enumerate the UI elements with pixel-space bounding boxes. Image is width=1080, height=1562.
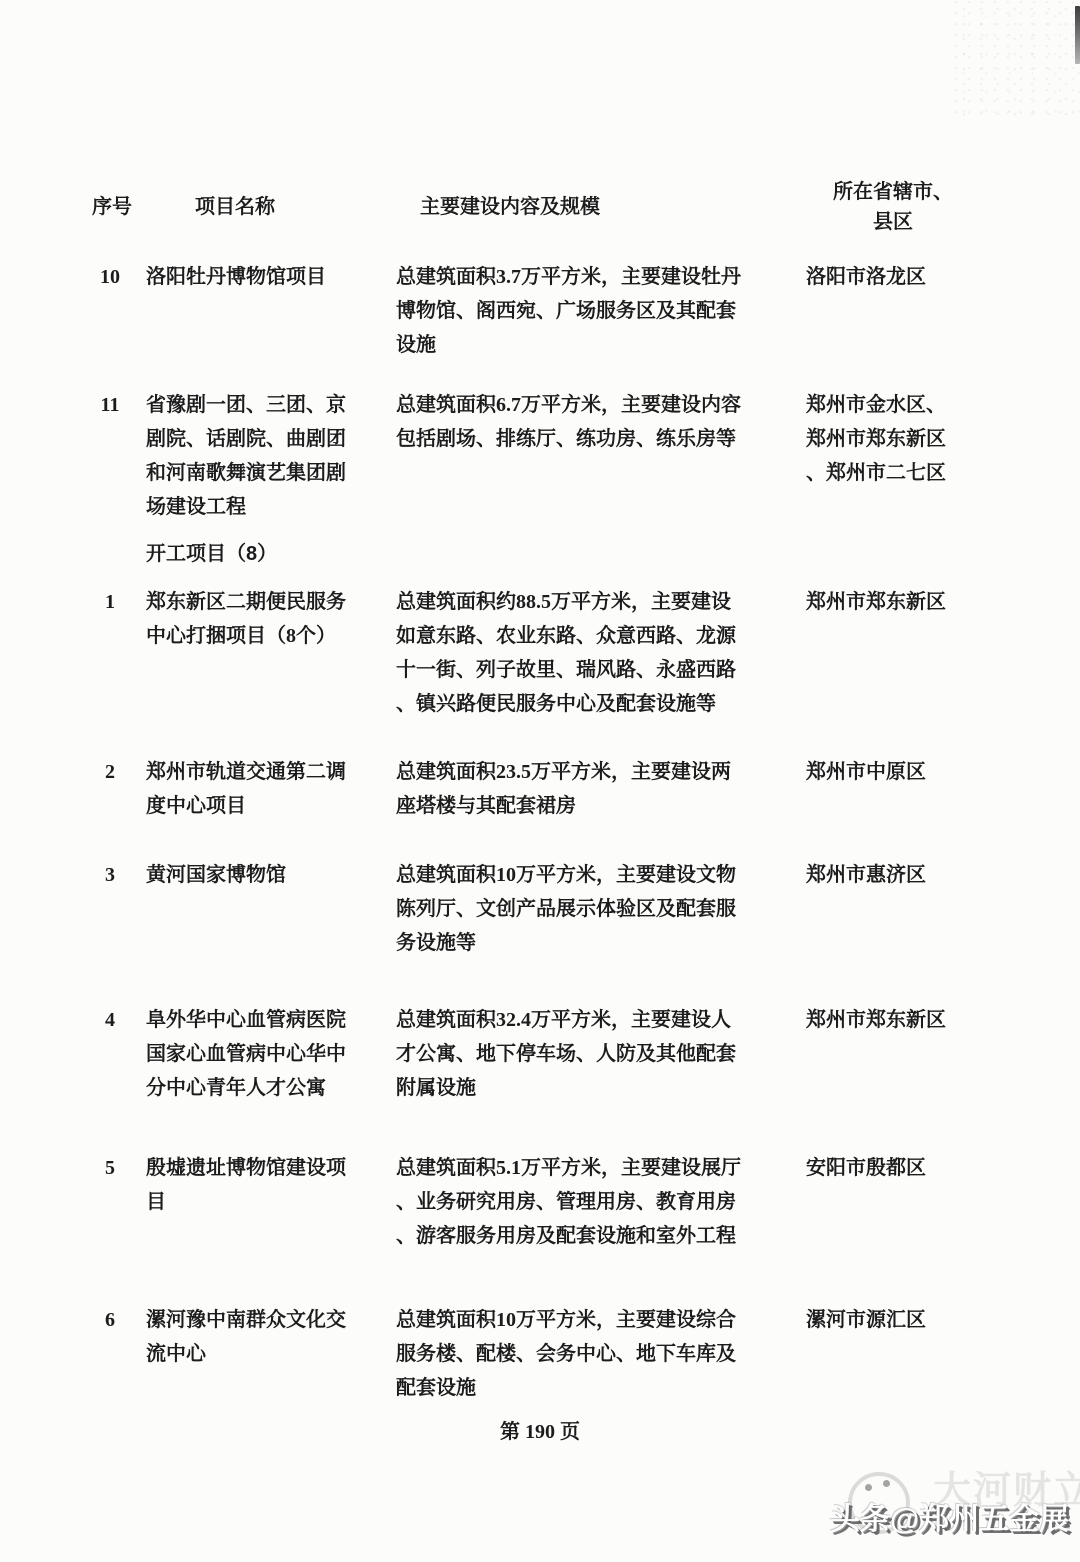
header-col-content: 主要建设内容及规模 xyxy=(420,190,600,224)
cell-project-name: 省豫剧一团、三团、京剧院、话剧院、曲剧团和河南歌舞演艺集团剧场建设工程 xyxy=(146,388,354,524)
cell-no: 6 xyxy=(88,1303,132,1337)
cell-content: 总建筑面积10万平方米，主要建设综合服务楼、配楼、会务中心、地下车库及配套设施 xyxy=(396,1303,746,1405)
header-col-location: 所在省辖市、县区 xyxy=(827,177,959,237)
cell-project-name: 漯河豫中南群众文化交流中心 xyxy=(146,1303,354,1371)
cell-no: 4 xyxy=(88,1003,132,1037)
cell-project-name: 郑东新区二期便民服务中心打捆项目（8个） xyxy=(146,585,354,653)
cell-location: 郑州市惠济区 xyxy=(806,858,952,892)
smiley-eye-dot xyxy=(865,1484,872,1491)
cell-content: 总建筑面积约88.5万平方米，主要建设如意东路、农业东路、众意西路、龙源十一街、… xyxy=(396,585,746,721)
scan-noise xyxy=(952,0,1080,118)
cell-no: 5 xyxy=(88,1151,132,1185)
document-page: 序号 项目名称 主要建设内容及规模 所在省辖市、县区 10 洛阳牡丹博物馆项目 … xyxy=(0,0,1080,1562)
cell-location: 郑州市金水区、郑州市郑东新区、郑州市二七区 xyxy=(806,388,952,490)
header-col-project-name: 项目名称 xyxy=(195,190,275,224)
cell-content: 总建筑面积32.4万平方米，主要建设人才公寓、地下停车场、人防及其他配套附属设施 xyxy=(396,1003,746,1105)
cell-project-name: 洛阳牡丹博物馆项目 xyxy=(146,260,354,294)
page-number: 第 190 页 xyxy=(0,1415,1080,1449)
cell-content: 总建筑面积10万平方米，主要建设文物陈列厅、文创产品展示体验区及配套服务设施等 xyxy=(396,858,746,960)
scan-edge-mark xyxy=(1075,6,1080,64)
cell-project-name: 黄河国家博物馆 xyxy=(146,858,354,892)
cell-content: 总建筑面积5.1万平方米，主要建设展厅、业务研究用房、管理用房、教育用房、游客服… xyxy=(396,1151,746,1253)
cell-content: 总建筑面积23.5万平方米，主要建设两座塔楼与其配套裙房 xyxy=(396,755,746,823)
cell-no: 11 xyxy=(88,388,132,422)
cell-location: 安阳市殷都区 xyxy=(806,1151,952,1185)
cell-location: 洛阳市洛龙区 xyxy=(806,260,952,294)
cell-location: 郑州市郑东新区 xyxy=(806,585,952,619)
header-col-no: 序号 xyxy=(88,190,136,224)
section-heading: 开工项目（8） xyxy=(146,537,277,571)
cell-location: 郑州市中原区 xyxy=(806,755,952,789)
cell-project-name: 阜外华中心血管病医院国家心血管病中心华中分中心青年人才公寓 xyxy=(146,1003,354,1105)
cell-location: 漯河市源汇区 xyxy=(806,1303,952,1337)
toutiao-watermark-text: 头条@郑州五金展 xyxy=(830,1502,1069,1538)
smiley-eye-dot xyxy=(883,1480,890,1487)
cell-no: 2 xyxy=(88,755,132,789)
cell-content: 总建筑面积3.7万平方米，主要建设牡丹博物馆、阁西宛、广场服务区及其配套设施 xyxy=(396,260,746,362)
cell-no: 3 xyxy=(88,858,132,892)
cell-project-name: 殷墟遗址博物馆建设项目 xyxy=(146,1151,354,1219)
cell-project-name: 郑州市轨道交通第二调度中心项目 xyxy=(146,755,354,823)
cell-no: 1 xyxy=(88,585,132,619)
cell-content: 总建筑面积6.7万平方米，主要建设内容包括剧场、排练厅、练功房、练乐房等 xyxy=(396,388,746,456)
cell-location: 郑州市郑东新区 xyxy=(806,1003,952,1037)
cell-no: 10 xyxy=(88,260,132,294)
